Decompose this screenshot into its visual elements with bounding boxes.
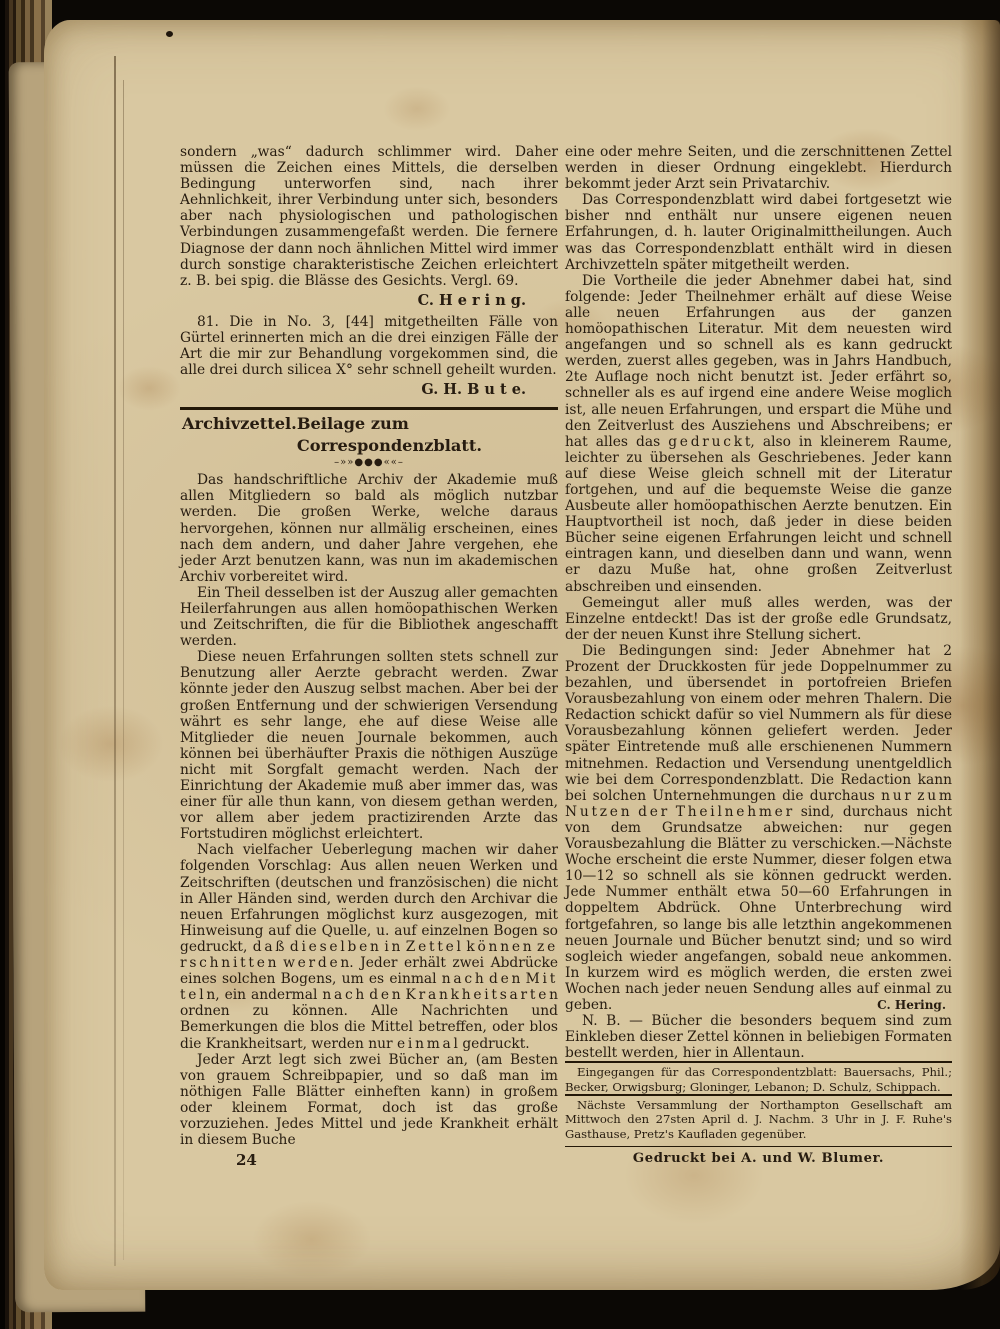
paragraph: Ein Theil desselben ist der Auszug aller…	[180, 585, 558, 649]
paragraph: Die Bedingungen sind: Jeder Abnehmer hat…	[565, 643, 952, 1013]
page-curl-shadow	[960, 20, 1000, 1290]
right-column: eine oder mehre Seiten, und die zerschni…	[565, 144, 952, 1169]
paragraph: Nach vielfacher Ueberlegung machen wir d…	[180, 842, 558, 1051]
horizontal-rule	[180, 407, 558, 410]
left-column: sondern „was“ dadurch schlimmer wird. Da…	[180, 144, 558, 1169]
book-page: sondern „was“ dadurch schlimmer wird. Da…	[44, 20, 1000, 1290]
paragraph: N. B. — Bücher die besonders bequem sind…	[565, 1013, 952, 1061]
section-heading: Archivzettel. Beilage zum Correspondenzb…	[180, 412, 558, 457]
text-columns: sondern „was“ dadurch schlimmer wird. Da…	[180, 144, 952, 1169]
author-signature: G. H. B u t e.	[180, 380, 558, 400]
section-heading-part2: Beilage zum Correspondenzblatt.	[297, 413, 554, 457]
author-signature: C. Hering.	[565, 998, 952, 1013]
paragraph: Das Correspondenzblatt wird dabei fortge…	[565, 192, 952, 272]
paragraph: Die Vortheile die jeder Abnehmer dabei h…	[565, 273, 952, 595]
paragraph: Jeder Arzt legt sich zwei Bücher an, (am…	[180, 1052, 558, 1149]
section-heading-part1: Archivzettel.	[182, 413, 297, 457]
paragraph: Diese neuen Erfahrungen sollten stets sc…	[180, 649, 558, 842]
ink-speck	[166, 31, 173, 37]
notice: Eingegangen für das Correspondentzblatt:…	[565, 1061, 952, 1094]
printer-imprint: Gedruckt bei A. und W. Blumer.	[565, 1146, 952, 1166]
author-signature: C. H e r i n g.	[180, 291, 558, 311]
page-number: 24	[180, 1151, 558, 1169]
paragraph: sondern „was“ dadurch schlimmer wird. Da…	[180, 144, 558, 289]
page-crease	[114, 56, 116, 1266]
paragraph: Das handschriftliche Archiv der Akademie…	[180, 472, 558, 585]
page-crease	[123, 80, 124, 1260]
divider-ornament: –»»●●●««–	[180, 457, 558, 468]
paragraph: eine oder mehre Seiten, und die zerschni…	[565, 144, 952, 192]
paragraph: Gemeingut aller muß alles werden, was de…	[565, 595, 952, 643]
paragraph: 81. Die in No. 3, [44] mitgetheilten Fäl…	[180, 314, 558, 378]
notice: Nächste Versammlung der Northampton Gese…	[565, 1094, 952, 1141]
